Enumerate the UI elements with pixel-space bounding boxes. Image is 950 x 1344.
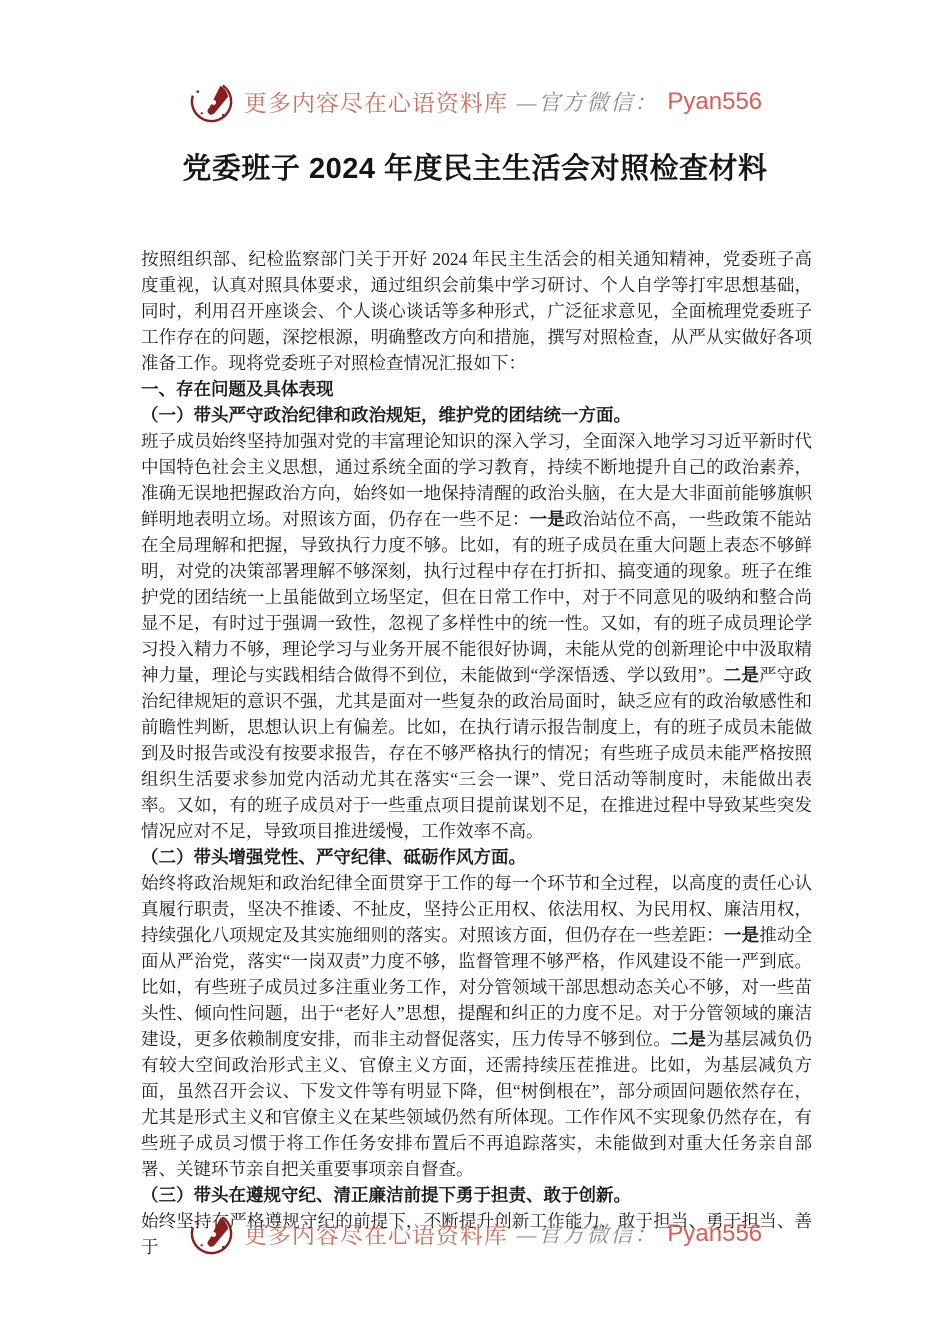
footer-watermark: 更多内容尽在心语资料库 —官方微信： Pyan556: [0, 1210, 950, 1257]
watermark-label: —官方微信：: [517, 1218, 659, 1249]
emphasis-text: （一）带头严守政治纪律和政治规矩，维护党的团结统一方面。: [141, 405, 631, 425]
watermark-wechat-id: Pyan556: [667, 88, 762, 116]
text-run: 严守政治纪律规矩的意识不强，尤其是面对一些复杂的政治局面时，缺乏应有的政治敏感性…: [141, 665, 812, 841]
paragraph: 始终将政治规矩和政治纪律全面贯穿于工作的每一个环节和全过程，以高度的责任心认真履…: [141, 870, 812, 1182]
heading-2: （二）带头增强党性、严守纪律、砥砺作风方面。: [141, 844, 812, 870]
paragraph: 班子成员始终坚持加强对党的丰富理论知识的深入学习，全面深入地学习习近平新时代中国…: [141, 428, 812, 844]
pen-nib-seal-icon: [188, 78, 235, 125]
emphasis-text: 二是: [671, 1029, 706, 1049]
emphasis-text: 一是: [530, 509, 565, 529]
heading-1: 一、存在问题及具体表现: [141, 376, 812, 402]
watermark-label: —官方微信：: [517, 86, 659, 117]
watermark-brand-text: 更多内容尽在心语资料库: [244, 1217, 508, 1250]
text-run: 按照组织部、纪检监察部门关于开好 2024 年民主生活会的相关通知精神，党委班子…: [141, 249, 812, 373]
header-watermark: 更多内容尽在心语资料库 —官方微信： Pyan556: [0, 78, 950, 125]
emphasis-text: 二是: [724, 665, 759, 685]
heading-2: （三）带头在遵规守纪、清正廉洁前提下勇于担责、敢于创新。: [141, 1182, 812, 1208]
emphasis-text: 一是: [724, 925, 759, 945]
watermark-brand-text: 更多内容尽在心语资料库: [244, 85, 508, 118]
document-page: 更多内容尽在心语资料库 —官方微信： Pyan556 党委班子 2024 年度民…: [0, 0, 950, 1344]
text-run: 始终将政治规矩和政治纪律全面贯穿于工作的每一个环节和全过程，以高度的责任心认真履…: [141, 873, 812, 945]
pen-nib-seal-icon: [188, 1210, 235, 1257]
watermark-wechat-id: Pyan556: [667, 1220, 762, 1248]
emphasis-text: 一、存在问题及具体表现: [141, 379, 334, 399]
paragraph: 按照组织部、纪检监察部门关于开好 2024 年民主生活会的相关通知精神，党委班子…: [141, 246, 812, 376]
text-run: 为基层减负仍有较大空间政治形式主义、官僚主义方面，还需持续压茬推进。比如，为基层…: [141, 1029, 812, 1179]
heading-2: （一）带头严守政治纪律和政治规矩，维护党的团结统一方面。: [141, 402, 812, 428]
document-body: 按照组织部、纪检监察部门关于开好 2024 年民主生活会的相关通知精神，党委班子…: [141, 246, 812, 1260]
emphasis-text: （二）带头增强党性、严守纪律、砥砺作风方面。: [141, 847, 526, 867]
emphasis-text: （三）带头在遵规守纪、清正廉洁前提下勇于担责、敢于创新。: [141, 1185, 631, 1205]
text-run: 政治站位不高，一些政策不能站在全局理解和把握，导致执行力度不够。比如，有的班子成…: [141, 509, 812, 685]
page-title: 党委班子 2024 年度民主生活会对照检查材料: [0, 146, 950, 187]
